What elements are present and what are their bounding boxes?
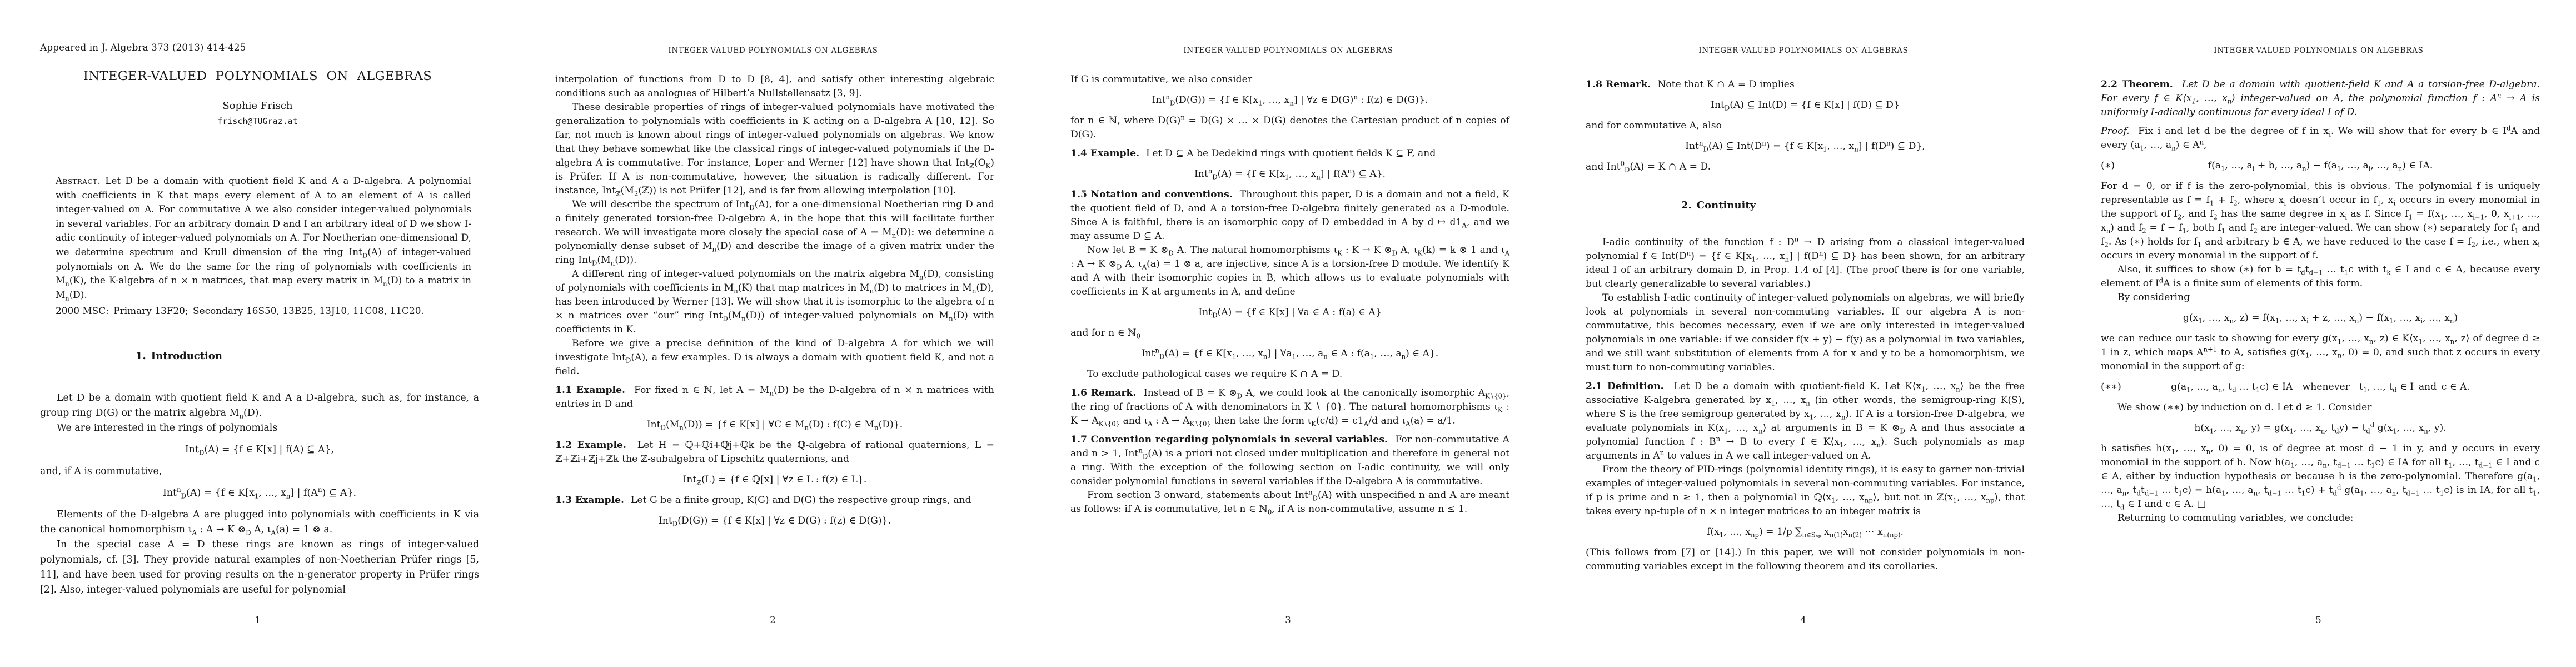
display-formula: IntD(A) = {f ∈ K[x] | ∀a ∈ A : f(a) ∈ A}: [1070, 306, 1509, 320]
display-formula: IntnD(D(G)) = {f ∈ K[x1, …, xn] | ∀z ∈ D…: [1070, 93, 1509, 107]
example-paragraph: 1.1 Example. For fixed n ∈ ℕ, let A = Mn…: [555, 384, 994, 411]
example-paragraph: 2.1 Definition. Let D be a domain with q…: [1586, 380, 2025, 463]
run-in-label: 1.3 Example.: [555, 495, 631, 506]
formula-text: IntnD(A) = {f ∈ K[x1, …, xn] | f(An) ⊆ A…: [163, 487, 356, 499]
paragraph-text: Returning to commuting variables, we con…: [2117, 512, 2354, 524]
page-5: INTEGER-VALUED POLYNOMIALS ON ALGEBRAS 2…: [2061, 0, 2576, 667]
running-head: INTEGER-VALUED POLYNOMIALS ON ALGEBRAS: [1069, 46, 1508, 55]
example-paragraph: 1.5 Notation and conventions. Throughout…: [1070, 188, 1509, 243]
example-paragraph: 1.7 Convention regarding polynomials in …: [1070, 433, 1509, 489]
formula-text: IntD(Mn(D)) = {f ∈ K[x] | ∀C ∈ Mn(D) : f…: [647, 419, 903, 430]
paragraph: and Int0D(A) = K ∩ A = D.: [1586, 160, 2025, 174]
paragraph-text: From the theory of PID-rings (polynomial…: [1586, 464, 2025, 517]
paragraph-text: for n ∈ ℕ, where D(G)n = D(G) × … × D(G)…: [1070, 115, 1509, 140]
paragraph: we can reduce our task to showing for ev…: [2101, 332, 2540, 374]
paragraph-text: Let D be a domain with quotient-field K.…: [1586, 381, 2025, 461]
paragraph-text: interpolation of functions from D to D […: [555, 74, 994, 99]
page-1-content: 1. IntroductionLet D be a domain with qu…: [40, 349, 479, 598]
run-in-label: 1.4 Example.: [1070, 148, 1146, 159]
paragraph: To exclude pathological cases we require…: [1070, 367, 1509, 381]
display-formula: IntnD(A) = {f ∈ K[x1, …, xn] | ∀a1, …, a…: [1070, 347, 1509, 361]
run-in-label: 1.8 Remark.: [1586, 79, 1657, 90]
display-formula: f(x1, …, xnp) = 1/p ∑π∈Sₙₚ xπ(1)xπ(2) ⋯ …: [1586, 525, 2025, 539]
paragraph: We show (∗∗) by induction on d. Let d ≥ …: [2101, 401, 2540, 415]
paragraph-text: We show (∗∗) by induction on d. Let d ≥ …: [2117, 402, 2372, 413]
paragraph: From section 3 onward, statements about …: [1070, 489, 1509, 516]
formula-text: IntD(D(G)) = {f ∈ K[x] | ∀z ∈ D(G) : f(z…: [659, 515, 891, 526]
running-head: INTEGER-VALUED POLYNOMIALS ON ALGEBRAS: [1584, 46, 2023, 55]
paragraph: h satisfies h(x1, …, xn, 0) = 0, is of d…: [2101, 442, 2540, 511]
paragraph-text: and for commutative A, also: [1586, 120, 1722, 131]
paragraph: Also, it suffices to show (∗) for b = td…: [2101, 263, 2540, 291]
run-in-label: Proof.: [2101, 126, 2138, 137]
journal-note: Appeared in J. Algebra 373 (2013) 414-42…: [40, 42, 246, 53]
page-2-content: interpolation of functions from D to D […: [555, 73, 994, 535]
paragraph: These desirable properties of rings of i…: [555, 101, 994, 198]
formula-text: Intℤ(L) = {f ∈ ℚ[x] | ∀z ∈ L : f(z) ∈ L}…: [683, 474, 867, 485]
equation-tag: (∗∗): [2101, 380, 2121, 394]
section-heading: 2. Continuity: [1681, 198, 2025, 212]
section-heading: 1. Introduction: [136, 349, 479, 363]
paragraph: We will describe the spectrum of IntD(A)…: [555, 198, 994, 267]
paragraph: A different ring of integer-valued polyn…: [555, 267, 994, 337]
theorem-paragraph: 2.2 Theorem. Let D be a domain with quot…: [2101, 78, 2540, 120]
running-head: INTEGER-VALUED POLYNOMIALS ON ALGEBRAS: [554, 46, 993, 55]
msc-line: 2000 MSC: Primary 13F20; Secondary 16S50…: [56, 305, 471, 316]
paragraph-text: If G is commutative, we also consider: [1070, 74, 1252, 85]
author-email: frisch@TUGraz.at: [0, 116, 515, 126]
display-formula: (∗∗)g(a1, …, an, td … t1c) ∈ IA whenever…: [2101, 380, 2540, 394]
run-in-label: 2.1 Definition.: [1586, 381, 1674, 392]
paragraph-text: Let D be a domain with quotient field K …: [40, 392, 479, 419]
paragraph: interpolation of functions from D to D […: [555, 73, 994, 101]
page-number: 4: [1546, 615, 2061, 625]
paragraph: In the special case A = D these rings ar…: [40, 537, 479, 598]
formula-text: IntnD(A) ⊆ Int(Dn) = {f ∈ K[x1, …, xn] |…: [1685, 141, 1925, 152]
paragraph: Let D be a domain with quotient field K …: [40, 391, 479, 421]
paragraph-text: For d = 0, or if f is the zero-polynomia…: [2101, 181, 2540, 261]
paragraph-text: and Int0D(A) = K ∩ A = D.: [1586, 161, 1711, 172]
example-paragraph: 1.2 Example. Let H = ℚ+ℚi+ℚj+ℚk be the ℚ…: [555, 439, 994, 466]
run-in-label: 1.1 Example.: [555, 385, 634, 396]
paragraph: For d = 0, or if f is the zero-polynomia…: [2101, 180, 2540, 263]
paragraph-text: and, if A is commutative,: [40, 466, 162, 477]
paragraph: I-adic continuity of the function f : Dn…: [1586, 236, 2025, 291]
display-formula: IntnD(A) ⊆ Int(Dn) = {f ∈ K[x1, …, xn] |…: [1586, 140, 2025, 153]
paragraph: and, if A is commutative,: [40, 464, 479, 479]
page-number: 3: [1030, 615, 1546, 625]
paragraph: (This follows from [7] or [14].) In this…: [1586, 546, 2025, 574]
paper-title: INTEGER-VALUED POLYNOMIALS ON ALGEBRAS: [0, 69, 515, 83]
formula-text: IntnD(A) = {f ∈ K[x1, …, xn] | ∀a1, …, a…: [1142, 348, 1439, 359]
paragraph-text: From section 3 onward, statements about …: [1070, 490, 1509, 515]
run-in-label: 1.6 Remark.: [1070, 387, 1144, 399]
paragraph-text: (This follows from [7] or [14].) In this…: [1586, 547, 2025, 572]
paragraph: and for n ∈ ℕ0: [1070, 326, 1509, 340]
formula-text: IntD(A) = {f ∈ K[x] | f(A) ⊆ A},: [185, 444, 334, 455]
paragraph-text: Note that K ∩ A = D implies: [1657, 79, 1794, 90]
page-4: INTEGER-VALUED POLYNOMIALS ON ALGEBRAS 1…: [1546, 0, 2061, 667]
run-in-label: 1.7 Convention regarding polynomials in …: [1070, 434, 1395, 445]
formula-text: f(a1, …, ai + b, …, an) − f(a1, …, ai, ……: [2208, 160, 2433, 171]
paragraph: for n ∈ ℕ, where D(G)n = D(G) × … × D(G)…: [1070, 114, 1509, 142]
display-formula: IntnD(A) = {f ∈ K[x1, …, xn] | f(An) ⊆ A…: [1070, 167, 1509, 181]
run-in-label: 2.2 Theorem.: [2101, 79, 2182, 90]
paragraph: If G is commutative, we also consider: [1070, 73, 1509, 87]
paragraph-text: Now let B = K ⊗D A. The natural homomorp…: [1070, 245, 1509, 297]
display-formula: Intℤ(L) = {f ∈ ℚ[x] | ∀z ∈ L : f(z) ∈ L}…: [555, 473, 994, 487]
paragraph-text: These desirable properties of rings of i…: [555, 102, 994, 196]
paragraph: Now let B = K ⊗D A. The natural homomorp…: [1070, 243, 1509, 299]
paragraph-text: h satisfies h(x1, …, xn, 0) = 0, is of d…: [2101, 443, 2540, 510]
proof-paragraph: Proof. Fix i and let d be the degree of …: [2101, 125, 2540, 152]
page-5-content: 2.2 Theorem. Let D be a domain with quot…: [2101, 73, 2540, 525]
equation-tag: (∗): [2101, 159, 2115, 173]
paragraph-text: In the special case A = D these rings ar…: [40, 539, 479, 595]
paragraph-text: Fix i and let d be the degree of f in xi…: [2101, 126, 2540, 151]
page-1: Appeared in J. Algebra 373 (2013) 414-42…: [0, 0, 515, 667]
paragraph-text: Before we give a precise definition of t…: [555, 338, 994, 377]
paragraph-text: To establish I-adic continuity of intege…: [1586, 292, 2025, 373]
page-number: 2: [515, 615, 1030, 625]
paragraph: From the theory of PID-rings (polynomial…: [1586, 463, 2025, 519]
paragraph-text: To exclude pathological cases we require…: [1087, 369, 1342, 380]
formula-text: g(a1, …, an, td … t1c) ∈ IA whenever t1,…: [2171, 381, 2470, 392]
example-paragraph: 1.8 Remark. Note that K ∩ A = D implies: [1586, 78, 2025, 92]
run-in-label: 1.2 Example.: [555, 440, 637, 451]
formula-text: IntnD(A) = {f ∈ K[x1, …, xn] | f(An) ⊆ A…: [1194, 168, 1386, 180]
page-3-content: If G is commutative, we also considerInt…: [1070, 73, 1509, 516]
example-paragraph: 1.4 Example. Let D ⊆ A be Dedekind rings…: [1070, 147, 1509, 161]
page-number: 5: [2061, 615, 2576, 625]
formula-text: IntD(A) ⊆ Int(D) = {f ∈ K[x] | f(D) ⊆ D}: [1711, 99, 1900, 111]
page-3: INTEGER-VALUED POLYNOMIALS ON ALGEBRAS I…: [1030, 0, 1546, 667]
paragraph-text: Let G be a finite group, K(G) and D(G) t…: [631, 495, 971, 506]
display-formula: g(x1, …, xn, z) = f(x1, …, xi + z, …, xn…: [2101, 311, 2540, 325]
page-4-content: 1.8 Remark. Note that K ∩ A = D impliesI…: [1586, 73, 2025, 574]
paragraph-text: We will describe the spectrum of IntD(A)…: [555, 199, 994, 266]
formula-text: IntnD(D(G)) = {f ∈ K[x1, …, xn] | ∀z ∈ D…: [1152, 94, 1428, 106]
formula-text: h(x1, …, xn, y) = g(x1, …, xn, tdy) − td…: [2194, 422, 2446, 434]
paragraph: By considering: [2101, 291, 2540, 305]
display-formula: IntD(A) ⊆ Int(D) = {f ∈ K[x] | f(D) ⊆ D}: [1586, 98, 2025, 112]
display-formula: IntD(A) = {f ∈ K[x] | f(A) ⊆ A},: [40, 442, 479, 457]
paragraph: We are interested in the rings of polyno…: [40, 421, 479, 436]
paragraph: Before we give a precise definition of t…: [555, 337, 994, 379]
formula-text: IntD(A) = {f ∈ K[x] | ∀a ∈ A : f(a) ∈ A}: [1198, 307, 1381, 318]
paragraph-text: A different ring of integer-valued polyn…: [555, 268, 994, 335]
paragraph-text: Also, it suffices to show (∗) for b = td…: [2101, 264, 2540, 289]
example-paragraph: 1.3 Example. Let G be a finite group, K(…: [555, 494, 994, 507]
paragraph-text: We are interested in the rings of polyno…: [57, 422, 277, 434]
example-paragraph: 1.6 Remark. Instead of B = K ⊗D A, we co…: [1070, 386, 1509, 428]
run-in-label: 1.5 Notation and conventions.: [1070, 189, 1240, 200]
page-number: 1: [0, 615, 515, 625]
page-2: INTEGER-VALUED POLYNOMIALS ON ALGEBRAS i…: [515, 0, 1030, 667]
paragraph-text: we can reduce our task to showing for ev…: [2101, 333, 2540, 372]
paragraph: Elements of the D-algebra A are plugged …: [40, 507, 479, 537]
paragraph: and for commutative A, also: [1586, 119, 2025, 133]
display-formula: IntnD(A) = {f ∈ K[x1, …, xn] | f(An) ⊆ A…: [40, 486, 479, 501]
paragraph: Returning to commuting variables, we con…: [2101, 511, 2540, 525]
paragraph-text: I-adic continuity of the function f : Dn…: [1586, 237, 2025, 290]
running-head: INTEGER-VALUED POLYNOMIALS ON ALGEBRAS: [2099, 46, 2538, 55]
document-canvas: arXiv:1210.1474v3 [math.RA] 9 Jun 2013 A…: [0, 0, 2576, 667]
display-formula: h(x1, …, xn, y) = g(x1, …, xn, tdy) − td…: [2101, 421, 2540, 435]
paragraph: To establish I-adic continuity of intege…: [1586, 291, 2025, 375]
paragraph-text: Elements of the D-algebra A are plugged …: [40, 509, 479, 535]
author-name: Sophie Frisch: [0, 100, 515, 112]
display-formula: IntD(D(G)) = {f ∈ K[x] | ∀z ∈ D(G) : f(z…: [555, 514, 994, 528]
paragraph-text: By considering: [2117, 292, 2190, 303]
paragraph-text: Let D ⊆ A be Dedekind rings with quotien…: [1146, 148, 1436, 159]
display-formula: (∗)f(a1, …, ai + b, …, an) − f(a1, …, ai…: [2101, 159, 2540, 173]
abstract-label: Abstract.: [56, 175, 101, 186]
formula-text: g(x1, …, xn, z) = f(x1, …, xi + z, …, xn…: [2183, 312, 2458, 323]
abstract-text: Let D be a domain with quotient field K …: [56, 175, 471, 300]
paragraph-text: and for n ∈ ℕ0: [1070, 327, 1140, 339]
formula-text: f(x1, …, xnp) = 1/p ∑π∈Sₙₚ xπ(1)xπ(2) ⋯ …: [1707, 526, 1904, 537]
abstract: Abstract. Let D be a domain with quotien…: [56, 174, 471, 302]
display-formula: IntD(Mn(D)) = {f ∈ K[x] | ∀C ∈ Mn(D) : f…: [555, 418, 994, 432]
